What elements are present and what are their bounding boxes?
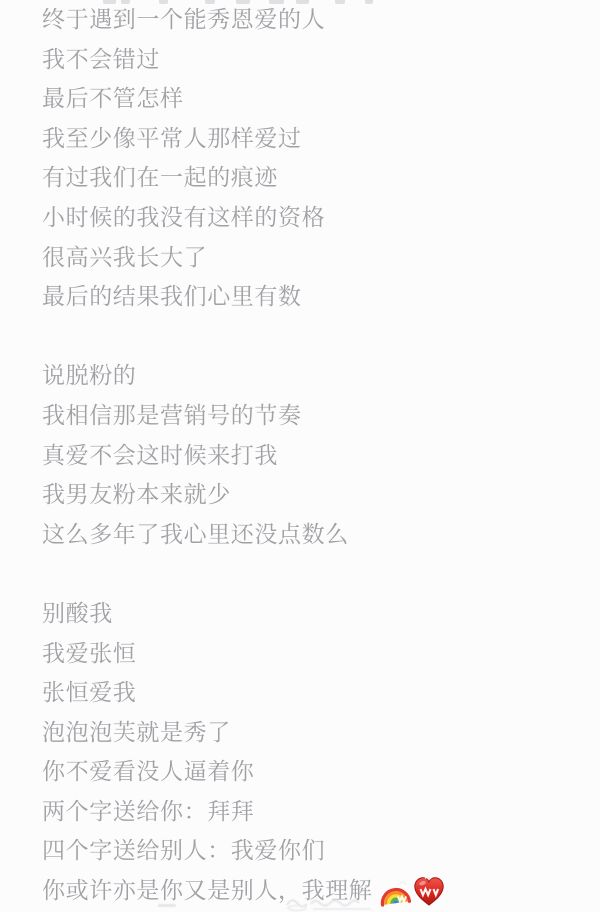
watermark-fragment: [158, 904, 176, 907]
text-line: 这么多年了我心里还没点数么: [42, 515, 446, 555]
text-line: 我相信那是营销号的节奏: [42, 396, 446, 436]
text-line: 真爱不会这时候来打我: [42, 436, 446, 476]
text-line: 我不会错过: [42, 40, 446, 80]
text-line: 最后的结果我们心里有数: [42, 277, 446, 317]
watermark: [283, 893, 388, 912]
text-line: 我爱张恒: [42, 634, 446, 674]
text-line: 小时候的我没有这样的资格: [42, 198, 446, 238]
text-line: 很高兴我长大了: [42, 238, 446, 278]
paragraph-2: 说脱粉的 我相信那是营销号的节奏 真爱不会这时候来打我 我男友粉本来就少 这么多…: [42, 356, 446, 554]
paragraph-3: 别酸我 我爱张恒 张恒爱我 泡泡泡芙就是秀了 你不爱看没人逼着你 两个字送给你：…: [42, 594, 446, 911]
text-line: 四个字送给别人：我爱你们: [42, 831, 446, 871]
text-line: 张恒爱我: [42, 673, 446, 713]
text-line: 终于遇到一个能秀恩爱的人: [42, 0, 446, 40]
text-line: 最后不管怎样: [42, 79, 446, 119]
text-line: 泡泡泡芙就是秀了: [42, 713, 446, 753]
text-line: 有过我们在一起的痕迹: [42, 158, 446, 198]
text-line: 我男友粉本来就少: [42, 475, 446, 515]
text-line: 别酸我: [42, 594, 446, 634]
red-heart-emoji: [412, 876, 446, 907]
text-line: 说脱粉的: [42, 356, 446, 396]
text-line: 我至少像平常人那样爱过: [42, 119, 446, 159]
paragraph-1: 终于遇到一个能秀恩爱的人 我不会错过 最后不管怎样 我至少像平常人那样爱过 有过…: [42, 0, 446, 317]
text-line: 你不爱看没人逼着你: [42, 752, 446, 792]
post-text: 终于遇到一个能秀恩爱的人 我不会错过 最后不管怎样 我至少像平常人那样爱过 有过…: [42, 0, 446, 911]
text-line: 两个字送给你：拜拜: [42, 792, 446, 832]
